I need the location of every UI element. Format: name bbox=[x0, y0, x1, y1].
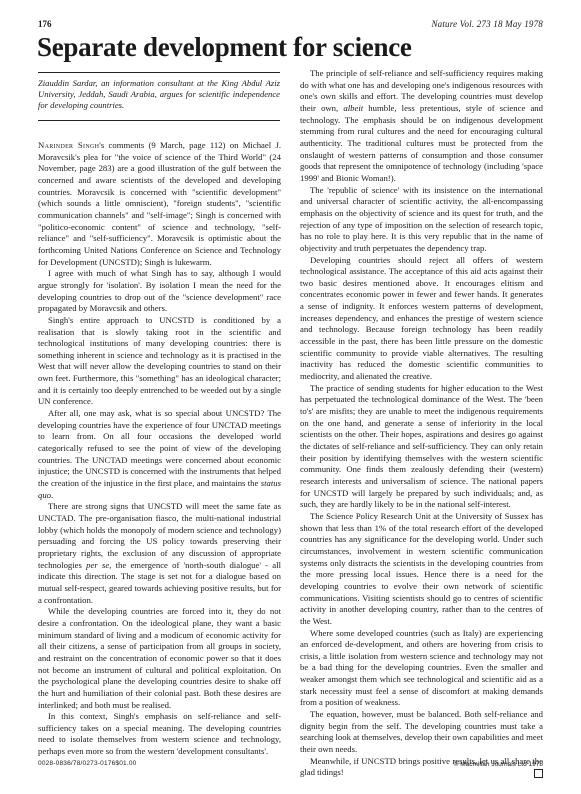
left-column: Narinder Singh's comments (9 March, page… bbox=[38, 140, 281, 758]
paragraph: Where some developed countries (such as … bbox=[300, 628, 543, 710]
paragraph: The practice of sending students for hig… bbox=[300, 383, 543, 511]
lead-in: Narinder Singh bbox=[38, 140, 99, 150]
paragraph: I agree with much of what Singh has to s… bbox=[38, 268, 281, 315]
italic-term: per se bbox=[86, 560, 109, 570]
page-number: 176 bbox=[38, 19, 52, 29]
divider-rule-bottom bbox=[38, 120, 280, 121]
paragraph: After all, one may ask, what is so speci… bbox=[38, 408, 281, 501]
paragraph-text: After all, one may ask, what is so speci… bbox=[38, 408, 281, 488]
paragraph-text: . bbox=[51, 490, 53, 500]
paragraph: Narinder Singh's comments (9 March, page… bbox=[38, 140, 281, 268]
standfirst: Ziauddin Sardar, an information consulta… bbox=[38, 78, 280, 111]
end-of-article-icon bbox=[534, 769, 543, 778]
paragraph: In this context, Singh's emphasis on sel… bbox=[38, 711, 281, 758]
paragraph: Singh's entire approach to UNCSTD is con… bbox=[38, 315, 281, 408]
footer-copyright: © Macmillan Journals Ltd 1978 bbox=[454, 761, 543, 768]
italic-term: albeit bbox=[343, 103, 363, 113]
paragraph-text: humble, less pretentious, style of scien… bbox=[300, 103, 543, 183]
right-column: The principle of self-reliance and self-… bbox=[300, 68, 543, 779]
paragraph: The equation, however, must be balanced.… bbox=[300, 709, 543, 756]
article-title: Separate development for science bbox=[37, 32, 412, 62]
divider-rule-top bbox=[38, 72, 280, 73]
paragraph: While the developing countries are force… bbox=[38, 606, 281, 711]
footer-code: 0028-0836/78/0273-0176$01.00 bbox=[38, 760, 137, 767]
paragraph: The 'republic of science' with its insis… bbox=[300, 185, 543, 255]
paragraph: There are strong signs that UNCSTD will … bbox=[38, 501, 281, 606]
paragraph: The principle of self-reliance and self-… bbox=[300, 68, 543, 185]
paragraph: The Science Policy Research Unit at the … bbox=[300, 511, 543, 628]
running-head: Nature Vol. 273 18 May 1978 bbox=[431, 19, 543, 29]
paragraph-text: 's comments (9 March, page 112) on Micha… bbox=[38, 140, 281, 267]
paragraph: Developing countries should reject all o… bbox=[300, 255, 543, 383]
